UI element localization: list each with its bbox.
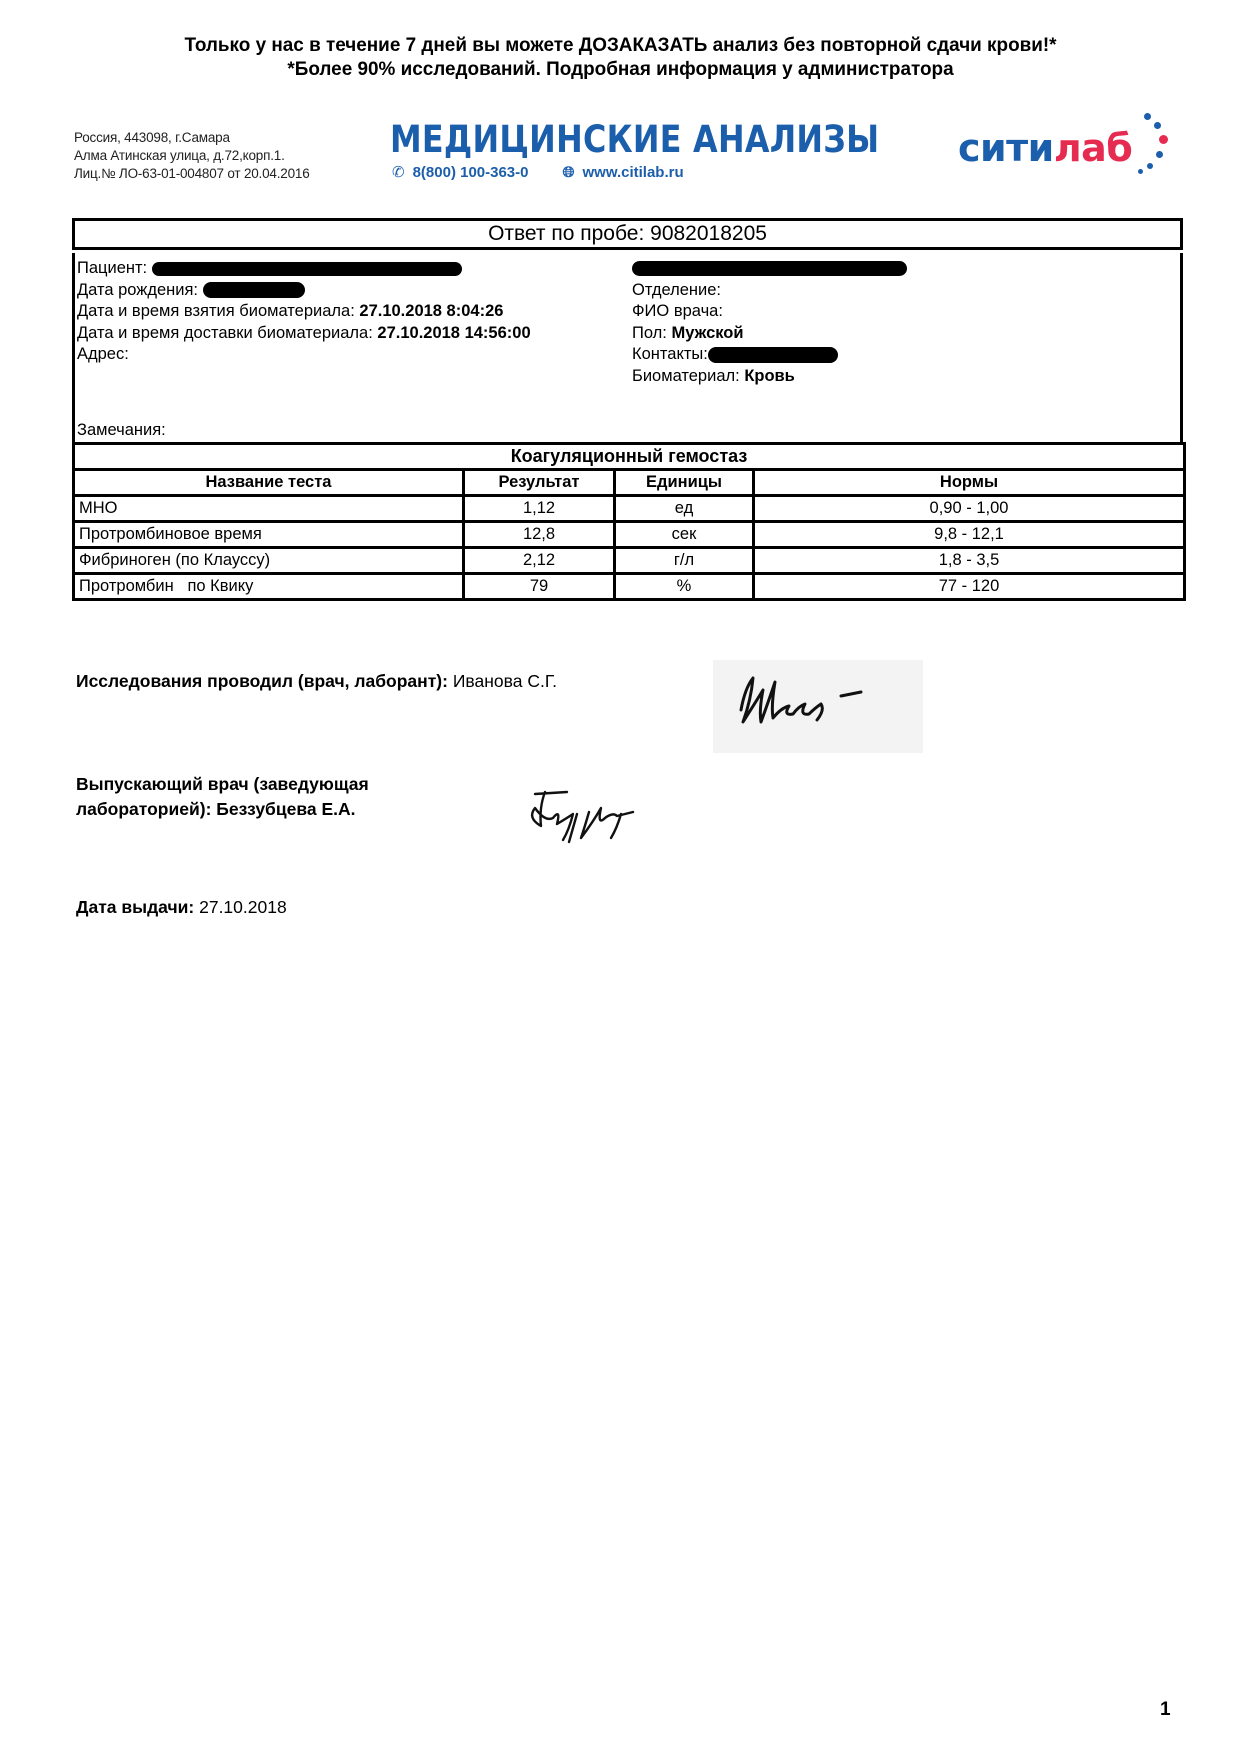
releasing-doctor: Выпускающий врач (заведующая лабораторие… — [76, 772, 369, 822]
patient-info: Пациент: Дата рождения: Дата и время взя… — [72, 253, 1183, 442]
department-row: Отделение: — [632, 280, 907, 302]
promo-banner: Только у нас в течение 7 дней вы можете … — [19, 33, 1223, 81]
test-name: Протромбин по Квику — [74, 574, 464, 600]
contacts-row: Контакты: — [632, 344, 907, 366]
col-header-name: Название теста — [74, 470, 464, 496]
performed-name: Иванова С.Г. — [453, 671, 557, 691]
patient-info-left: Пациент: Дата рождения: Дата и время взя… — [77, 258, 531, 366]
test-name: Протромбиновое время — [74, 522, 464, 548]
results-table: Коагуляционный гемостаз Название теста Р… — [72, 442, 1186, 601]
logo-dots-icon — [1136, 113, 1176, 183]
redacted-row — [632, 258, 907, 280]
table-header-row: Название теста Результат Единицы Нормы — [74, 470, 1185, 496]
patient-info-right: Отделение: ФИО врача: Пол: Мужской Конта… — [632, 258, 907, 387]
section-title: Коагуляционный гемостаз — [74, 444, 1185, 470]
signature-image-releasing — [505, 778, 665, 848]
brand-title: МЕДИЦИНСКИЕ АНАЛИЗЫ — [390, 120, 879, 160]
signature-image-performer — [713, 660, 923, 753]
table-row: Фибриноген (по Клауссу) 2,12 г/л 1,8 - 3… — [74, 548, 1185, 574]
redacted-contacts — [708, 347, 838, 363]
test-name: Фибриноген (по Клауссу) — [74, 548, 464, 574]
test-units: сек — [615, 522, 754, 548]
test-units: г/л — [615, 548, 754, 574]
deliver-row: Дата и время доставки биоматериала: 27.1… — [77, 323, 531, 345]
birth-row: Дата рождения: — [77, 280, 531, 302]
col-header-norms: Нормы — [754, 470, 1185, 496]
address-row: Адрес: — [77, 344, 531, 366]
redacted-field — [632, 261, 907, 276]
redacted-birth-date — [203, 282, 305, 298]
test-name: МНО — [74, 496, 464, 522]
lab-address: Россия, 443098, г.Самара Алма Атинская у… — [74, 129, 310, 183]
table-row: Протромбиновое время 12,8 сек 9,8 - 12,1 — [74, 522, 1185, 548]
citilab-logo: ситилаб — [958, 118, 1176, 178]
collect-row: Дата и время взятия биоматериала: 27.10.… — [77, 301, 531, 323]
redacted-patient-name — [152, 262, 462, 276]
sample-id: 9082018205 — [650, 222, 767, 245]
performed-by: Исследования проводил (врач, лаборант): … — [76, 669, 557, 694]
phone-icon: ✆ — [392, 164, 405, 182]
issue-date: Дата выдачи: 27.10.2018 — [76, 895, 287, 920]
patient-row: Пациент: — [77, 258, 531, 280]
phone-number: 8(800) 100-363-0 — [413, 164, 529, 182]
table-row: Протромбин по Квику 79 % 77 - 120 — [74, 574, 1185, 600]
biomaterial-row: Биоматериал: Кровь — [632, 366, 907, 388]
remarks-label: Замечания: — [77, 421, 166, 440]
promo-line-2: *Более 90% исследований. Подробная инфор… — [19, 57, 1223, 81]
test-result: 12,8 — [464, 522, 615, 548]
test-result: 79 — [464, 574, 615, 600]
table-row: МНО 1,12 ед 0,90 - 1,00 — [74, 496, 1185, 522]
sex-row: Пол: Мужской — [632, 323, 907, 345]
results-frame: Ответ по пробе: 9082018205 Пациент: Дата… — [72, 218, 1183, 618]
promo-line-1: Только у нас в течение 7 дней вы можете … — [19, 33, 1223, 57]
col-header-result: Результат — [464, 470, 615, 496]
test-result: 2,12 — [464, 548, 615, 574]
issue-date-value: 27.10.2018 — [199, 897, 287, 917]
test-result: 1,12 — [464, 496, 615, 522]
globe-icon: 🌐︎ — [563, 164, 575, 182]
test-norms: 0,90 - 1,00 — [754, 496, 1185, 522]
doctor-row: ФИО врача: — [632, 301, 907, 323]
test-units: % — [615, 574, 754, 600]
report-title: Ответ по пробе: 9082018205 — [72, 218, 1183, 250]
releasing-name: Беззубцева Е.А. — [216, 799, 355, 819]
test-norms: 77 - 120 — [754, 574, 1185, 600]
website-link[interactable]: www.citilab.ru — [583, 164, 684, 182]
col-header-units: Единицы — [615, 470, 754, 496]
test-norms: 1,8 - 3,5 — [754, 548, 1185, 574]
section-title-row: Коагуляционный гемостаз — [74, 444, 1185, 470]
brand-contacts: ✆ 8(800) 100-363-0 🌐︎ www.citilab.ru — [392, 164, 684, 182]
test-norms: 9,8 - 12,1 — [754, 522, 1185, 548]
test-units: ед — [615, 496, 754, 522]
page-number: 1 — [1160, 1699, 1171, 1721]
